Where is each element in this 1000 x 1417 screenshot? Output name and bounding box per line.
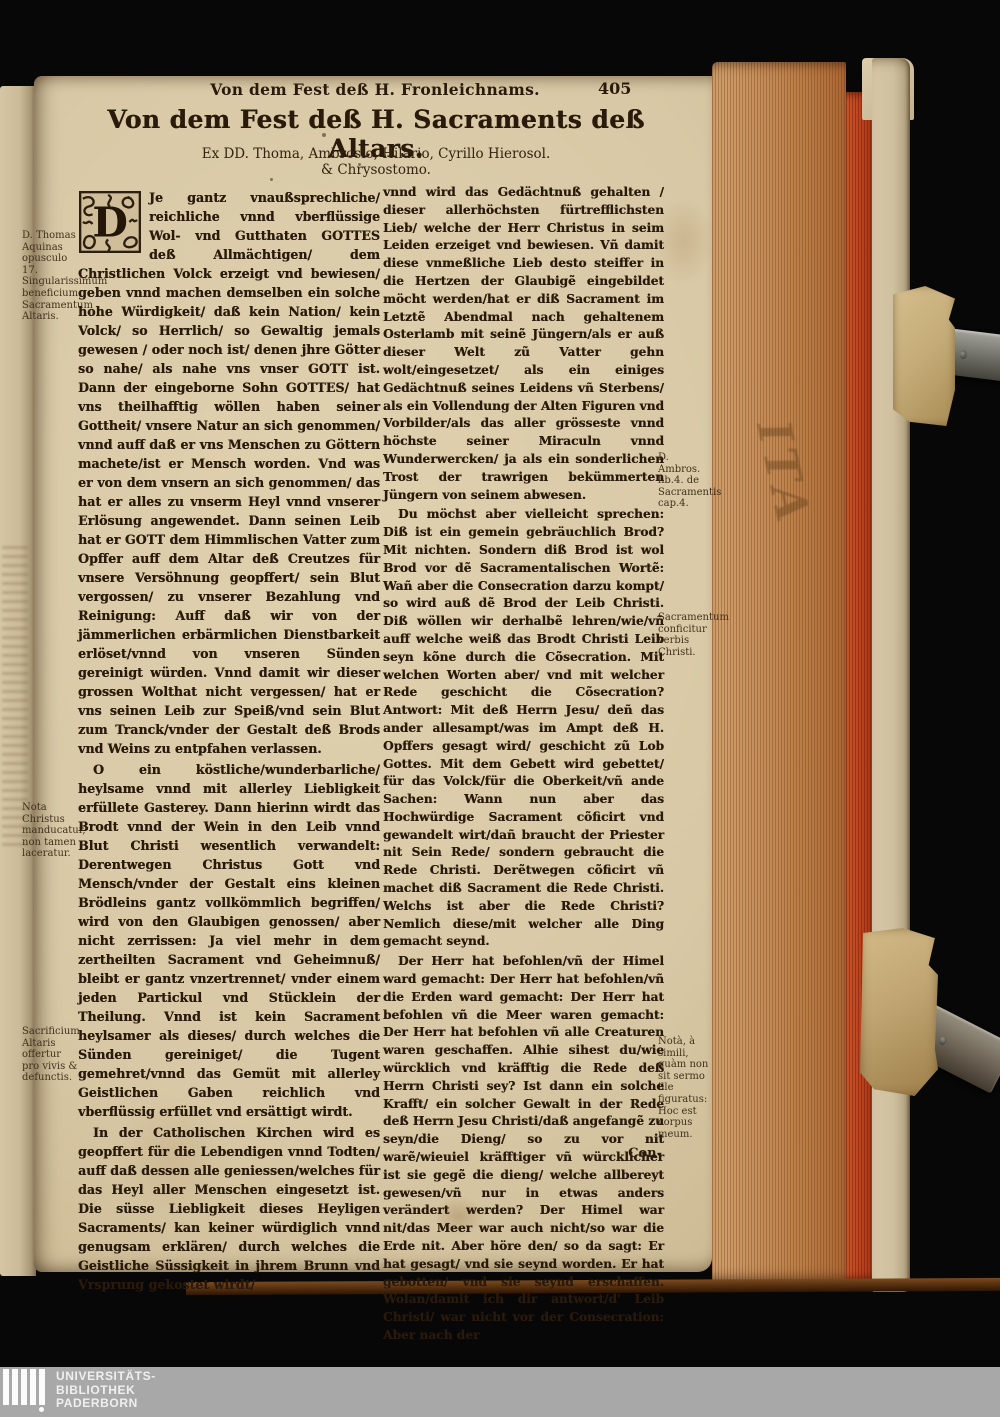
parchment-cover-edge [872,58,910,1292]
paragraph: vnnd wird das Gedächtnuß gehalten / dies… [383,184,664,504]
fore-edge-pages [712,62,846,1280]
margin-note: Nota Christus manducatur, non tamen lace… [22,802,79,860]
paragraph: O ein köstliche/wunderbarliche/ heylsame… [78,760,380,1121]
rivet [959,350,967,360]
library-name-line: BIBLIOTHEK [56,1384,156,1398]
upper-clasp-leather-tab [893,286,955,426]
margin-note: Sacramentum conficitur verbis Christi. [658,612,711,658]
fore-edge-red-stain [846,92,872,1280]
paragraph-text: Je gantz vnaußsprechliche/ reichliche vn… [78,190,380,756]
woodcut-initial: D [78,191,142,253]
source-attribution: Ex DD. Thoma, Ambrosio, Hilario, Cyrillo… [80,146,672,178]
logo-bar [39,1369,45,1405]
woodcut-initial-art: D [78,191,142,253]
margin-note: D. Thomas Aquinas opusculo 17. Singulari… [22,230,79,323]
bleed-through-text [2,546,28,846]
logo-dot [39,1407,44,1412]
rivet [938,1035,948,1046]
text-column-right: vnnd wird das Gedächtnuß gehalten / dies… [383,184,664,1345]
logo-bar [30,1369,36,1405]
paragraph: D Je gantz vnaußsprechliche/ reichliche … [78,188,380,758]
library-name: UNIVERSITÄTS- BIBLIOTHEK PADERBORN [56,1370,156,1411]
margin-note: Notà, à simili, quàm non sit sermo ille … [658,1036,711,1140]
paragraph: Du möchst aber vielleicht sprechen: Diß … [383,506,664,951]
ink-speck [322,133,326,137]
lower-clasp-leather-tab [860,928,938,1096]
library-name-line: UNIVERSITÄTS- [56,1370,156,1384]
attribution-line: Ex DD. Thoma, Ambrosio, Hilario, Cyrillo… [80,146,672,162]
library-footer-band: UNIVERSITÄTS- BIBLIOTHEK PADERBORN [0,1367,1000,1417]
ink-speck [270,178,273,181]
logo-bar [12,1369,18,1405]
running-header: Von dem Fest deß H. Fronleichnams. [150,80,600,99]
digitized-book-scan: Von dem Fest deß H. Fronleichnams. 405 V… [0,0,1000,1417]
ink-speck [540,120,543,123]
logo-bar [3,1369,9,1405]
initial-letter: D [92,199,127,247]
library-name-line: PADERBORN [56,1397,156,1411]
margin-note: Sacrificium Altaris offertur pro vivis &… [22,1026,79,1084]
attribution-line: & Chrysostomo. [80,162,672,178]
logo-bar [21,1369,27,1405]
paragraph: In der Catholischen Kirchen wird es geop… [78,1123,380,1294]
text-column-left: D Je gantz vnaußsprechliche/ reichliche … [78,188,380,1294]
ink-speck [358,163,361,166]
page-number: 405 [598,79,631,98]
catchword: Con- [520,1146,662,1161]
